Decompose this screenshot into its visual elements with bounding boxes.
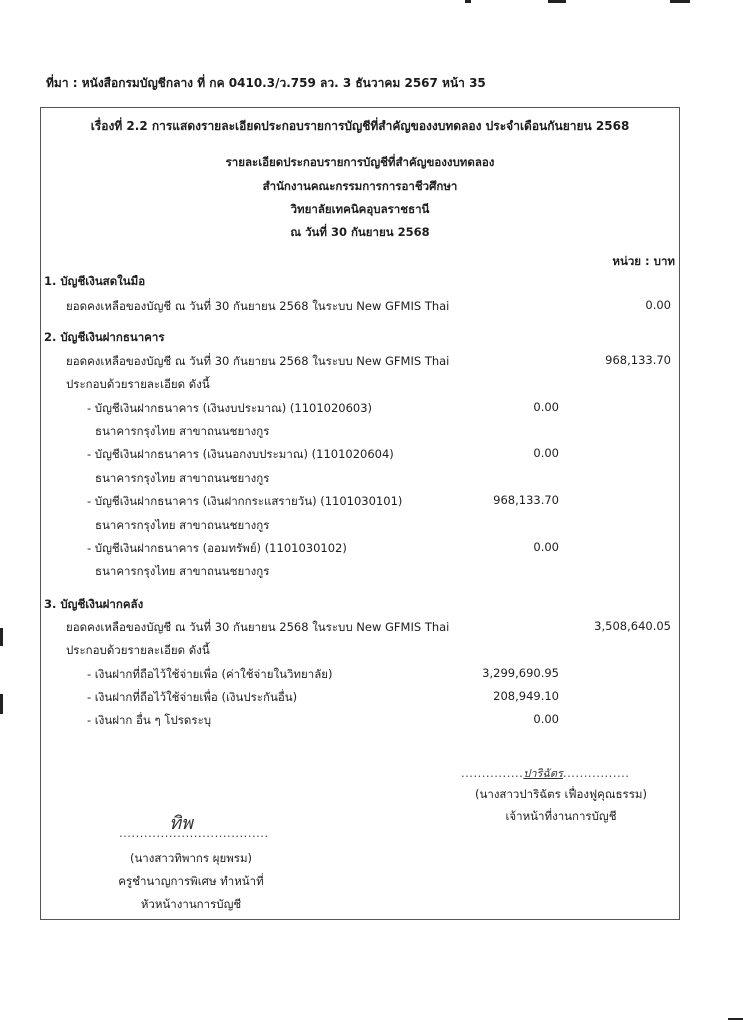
- bank-account-item-label: - บัญชีเงินฝากธนาคาร (ออมทรัพย์) (110103…: [87, 540, 347, 558]
- section-2-balance: 968,133.70: [605, 353, 671, 367]
- scan-artifact: [548, 0, 566, 3]
- bank-account-item-label: - บัญชีเงินฝากธนาคาร (เงินนอกงบประมาณ) (…: [87, 446, 394, 464]
- treasury-deposit-item-label: - เงินฝาก อื่น ๆ โปรดระบุ: [87, 712, 211, 730]
- treasury-deposit-item-amount: 3,299,690.95: [482, 666, 559, 680]
- source-reference: ที่มา : หนังสือกรมบัญชีกลาง ที่ กค 0410.…: [46, 74, 486, 93]
- preparer-position: เจ้าหน้าที่งานการบัญชี: [451, 808, 671, 826]
- approver-position-line-1: ครูชำนาญการพิเศษ ทำหน้าที่: [91, 873, 291, 891]
- bank-account-item-amount: 0.00: [533, 400, 559, 414]
- section-1-balance: 0.00: [645, 298, 671, 312]
- bank-account-item-amount: 0.00: [533, 446, 559, 460]
- signature-dots: ...............: [461, 766, 523, 780]
- bank-branch: ธนาคารกรุงไทย สาขาถนนชยางกูร: [95, 423, 269, 441]
- scan-artifact: [0, 694, 3, 714]
- section-1-title: 1. บัญชีเงินสดในมือ: [44, 273, 145, 291]
- bank-account-item-amount: 0.00: [533, 540, 559, 554]
- preparer-signature: ปาริฉัตร: [523, 767, 563, 780]
- report-header-line-1: รายละเอียดประกอบรายการบัญชีที่สำคัญของงบ…: [41, 154, 679, 172]
- signature-dots: ........................................…: [119, 826, 269, 840]
- section-3-detail-label: ประกอบด้วยรายละเอียด ดังนี้: [66, 642, 210, 660]
- scan-artifact: [728, 1018, 743, 1020]
- bank-branch: ธนาคารกรุงไทย สาขาถนนชยางกูร: [95, 563, 269, 581]
- section-2-balance-label: ยอดคงเหลือของบัญชี ณ วันที่ 30 กันยายน 2…: [66, 353, 449, 371]
- treasury-deposit-item-label: - เงินฝากที่ถือไว้ใช้จ่ายเพื่อ (ค่าใช้จ่…: [87, 666, 332, 684]
- treasury-deposit-item-amount: 0.00: [533, 712, 559, 726]
- bank-account-item-label: - บัญชีเงินฝากธนาคาร (เงินงบประมาณ) (110…: [87, 400, 372, 418]
- section-2-title: 2. บัญชีเงินฝากธนาคาร: [44, 329, 165, 347]
- section-1-balance-label: ยอดคงเหลือของบัญชี ณ วันที่ 30 กันยายน 2…: [66, 298, 449, 316]
- report-frame: เรื่องที่ 2.2 การแสดงรายละเอียดประกอบราย…: [40, 107, 680, 920]
- preparer-name: (นางสาวปาริฉัตร เฟื่องฟูคุณธรรม): [451, 786, 671, 804]
- scan-artifact: [465, 0, 471, 3]
- signature-dots: ................: [563, 766, 630, 780]
- report-header-line-3: วิทยาลัยเทคนิคอุบลราชธานี: [41, 201, 679, 219]
- section-3-balance-label: ยอดคงเหลือของบัญชี ณ วันที่ 30 กันยายน 2…: [66, 619, 449, 637]
- section-2-detail-label: ประกอบด้วยรายละเอียด ดังนี้: [66, 376, 210, 394]
- subject-title: เรื่องที่ 2.2 การแสดงรายละเอียดประกอบราย…: [41, 117, 679, 136]
- unit-label: หน่วย : บาท: [612, 253, 675, 271]
- bank-account-item-amount: 968,133.70: [493, 493, 559, 507]
- preparer-signature-line: ...............ปาริฉัตร................: [461, 764, 629, 782]
- bank-branch: ธนาคารกรุงไทย สาขาถนนชยางกูร: [95, 517, 269, 535]
- bank-account-item-label: - บัญชีเงินฝากธนาคาร (เงินฝากกระแสรายวัน…: [87, 493, 402, 511]
- report-header-date: ณ วันที่ 30 กันยายน 2568: [41, 224, 679, 242]
- scan-artifact: [670, 0, 690, 3]
- treasury-deposit-item-amount: 208,949.10: [493, 689, 559, 703]
- approver-name: (นางสาวทิพากร ผุยพรม): [91, 850, 291, 868]
- report-header-line-2: สำนักงานคณะกรรมการการอาชีวศึกษา: [41, 178, 679, 196]
- section-3-balance: 3,508,640.05: [594, 619, 671, 633]
- bank-branch: ธนาคารกรุงไทย สาขาถนนชยางกูร: [95, 470, 269, 488]
- approver-position-line-2: หัวหน้างานการบัญชี: [91, 896, 291, 914]
- scan-artifact: [0, 628, 3, 646]
- section-3-title: 3. บัญชีเงินฝากคลัง: [44, 596, 143, 614]
- treasury-deposit-item-label: - เงินฝากที่ถือไว้ใช้จ่ายเพื่อ (เงินประก…: [87, 689, 297, 707]
